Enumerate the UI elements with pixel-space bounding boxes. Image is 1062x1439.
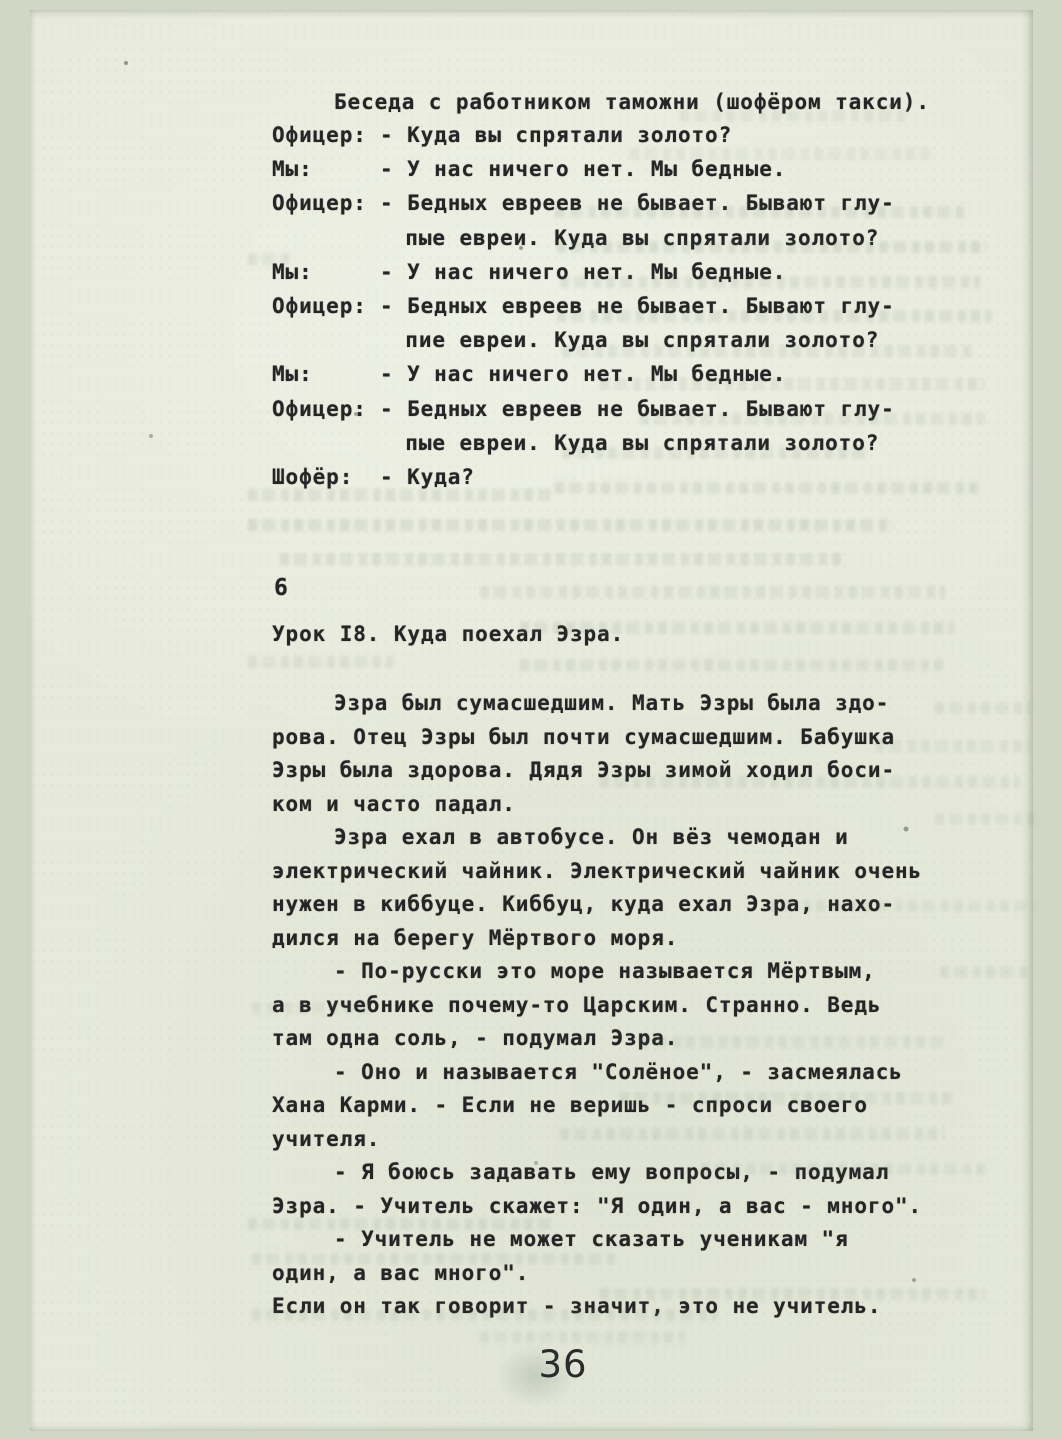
speaker-label: Офицер: bbox=[272, 186, 380, 220]
paper-specks bbox=[30, 10, 32, 12]
conversation-title: Беседа с работником таможни (шофёром так… bbox=[334, 85, 930, 119]
bleedthrough-line bbox=[248, 656, 393, 668]
bleedthrough-line bbox=[520, 659, 945, 671]
dialogue-row: Офицер: - Бедных евреев не бывает. Бываю… bbox=[272, 289, 982, 357]
dialogue-row: Мы: - У нас ничего нет. Мы бедные. bbox=[272, 357, 982, 391]
speaker-label: Мы: bbox=[272, 357, 380, 391]
paragraph: - По-русски это море называется Мёртвым,… bbox=[272, 955, 978, 1056]
dialogue-reply: - Куда вы спрятали золото? bbox=[380, 118, 982, 152]
bleedthrough-line bbox=[248, 519, 893, 531]
lesson-title: Урок I8. Куда поехал Эзра. bbox=[272, 617, 624, 651]
page-number: 36 bbox=[538, 1343, 587, 1386]
paragraph: Эзра ехал в автобусе. Он вёз чемодан и э… bbox=[272, 821, 978, 955]
bleedthrough-line bbox=[480, 586, 945, 598]
dialogue-block: Офицер: - Куда вы спрятали золото? Мы: -… bbox=[272, 118, 982, 494]
dialogue-reply: - Бедных евреев не бывает. Бывают глу- п… bbox=[380, 289, 982, 357]
speaker-label: Мы: bbox=[272, 152, 380, 186]
dialogue-reply: - У нас ничего нет. Мы бедные. bbox=[380, 152, 982, 186]
paragraph: - Оно и называется "Солёное", - засмеяла… bbox=[272, 1056, 978, 1157]
dialogue-reply: - У нас ничего нет. Мы бедные. bbox=[380, 255, 982, 289]
closing-line: Если он так говорит - значит, это не учи… bbox=[272, 1290, 978, 1324]
speaker-label: Мы: bbox=[272, 255, 380, 289]
dialogue-reply: - Куда? bbox=[380, 460, 982, 494]
paragraph: Эзра был сумасшедшим. Мать Эзры была здо… bbox=[272, 687, 978, 821]
paragraph: - Я боюсь задавать ему вопросы, - подума… bbox=[272, 1156, 978, 1223]
section-number: 6 bbox=[274, 573, 289, 603]
dialogue-row: Офицер: - Бедных евреев не бывает. Бываю… bbox=[272, 186, 982, 254]
dialogue-row: Мы: - У нас ничего нет. Мы бедные. bbox=[272, 255, 982, 289]
dialogue-reply: - Бедных евреев не бывает. Бывают глу- п… bbox=[380, 392, 982, 460]
bleedthrough-line bbox=[280, 553, 845, 565]
dialogue-reply: - Бедных евреев не бывает. Бывают глу- п… bbox=[380, 186, 982, 254]
speaker-label: Офицер: bbox=[272, 118, 380, 152]
dialogue-row: Мы: - У нас ничего нет. Мы бедные. bbox=[272, 152, 982, 186]
dialogue-row: Шофёр: - Куда? bbox=[272, 460, 982, 494]
speaker-label: Офицер: bbox=[272, 392, 380, 426]
dialogue-reply: - У нас ничего нет. Мы бедные. bbox=[380, 357, 982, 391]
scanned-page: Беседа с работником таможни (шофёром так… bbox=[30, 10, 1033, 1431]
lesson-body: Эзра был сумасшедшим. Мать Эзры была здо… bbox=[272, 687, 978, 1324]
speaker-label: Офицер: bbox=[272, 289, 380, 323]
bleedthrough-line bbox=[480, 1331, 685, 1343]
dialogue-row: Офицер: - Куда вы спрятали золото? bbox=[272, 118, 982, 152]
paragraph: - Учитель не может сказать ученикам "я о… bbox=[272, 1223, 978, 1290]
speaker-label: Шофёр: bbox=[272, 460, 380, 494]
dialogue-row: Офицер: - Бедных евреев не бывает. Бываю… bbox=[272, 392, 982, 460]
